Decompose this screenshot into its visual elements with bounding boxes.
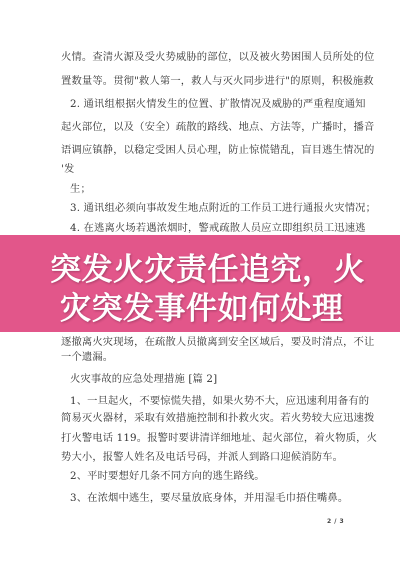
banner-title: 突发火灾责任追究，火 灾突发事件如何处理 <box>0 235 400 332</box>
body-text-line: 势大小，报警人姓名及电话号码，并派人到路口迎候消防车。 <box>61 451 343 463</box>
body-text-line: '发 <box>61 163 74 175</box>
body-text-line: 简易灭火器材，采取有效措施控制和扑救火灾。若火势较大应迅速拨 <box>61 412 374 424</box>
body-text-line: 逐撤离火灾现场，在疏散人员撤离到安全区域后，要及时清点，不让 <box>61 336 374 348</box>
body-text-line: 语调应镇静，以稳定受困人员心理，防止惊慌错乱，盲目逃生情况的 <box>61 144 374 156</box>
body-text-line: 生； <box>70 183 91 195</box>
body-text-line: 2. 通讯组根据火情发生的位置、扩散情况及威胁的严重程度通知 <box>70 98 366 110</box>
banner-title-line-2: 灾突发事件如何处理 <box>60 290 344 328</box>
body-text-line: 2、平时要想好几条不同方向的逃生路线。 <box>70 470 265 482</box>
body-text-line: 3、在浓烟中逃生，要尽量放底身体，并用湿毛巾捂住嘴鼻。 <box>70 492 348 504</box>
body-text-line: 置数量等。贯彻"救人第一，救人与灭火同步进行"的原则，积极施救 <box>61 75 374 87</box>
body-text-line: 一个遗漏。 <box>61 351 113 363</box>
page-number: 2 / 3 <box>327 518 344 525</box>
body-text-line: 4. 在逃离火场若遇浓烟时，警戒疏散人员应立即组织员工迅速逃 <box>70 222 366 234</box>
body-text-line: 1、一旦起火，不要惊慌失措，如果火势不大，应迅速利用备有的 <box>70 395 369 407</box>
body-text-line: 3. 通讯组必须向事故发生地点附近的工作员工进行通报火灾情况； <box>70 202 376 214</box>
body-text-line: 火情。查清火源及受火势威胁的部位，以及被火势困围人员所处的位 <box>61 51 374 63</box>
section-heading: 火灾事故的应急处理措施 [篇 2] <box>70 373 217 385</box>
body-text-line: 打火警电话 119。报警时要讲清详细地址、起火部位，着火物质，火 <box>61 432 377 444</box>
title-banner: 突发火灾责任追究，火 灾突发事件如何处理 <box>0 235 400 332</box>
body-text-line: 起火部位，以及（安全）疏散的路线、地点、方法等，广播时，播音 <box>61 121 374 133</box>
banner-title-line-1: 突发火灾责任追究，火 <box>50 251 365 289</box>
